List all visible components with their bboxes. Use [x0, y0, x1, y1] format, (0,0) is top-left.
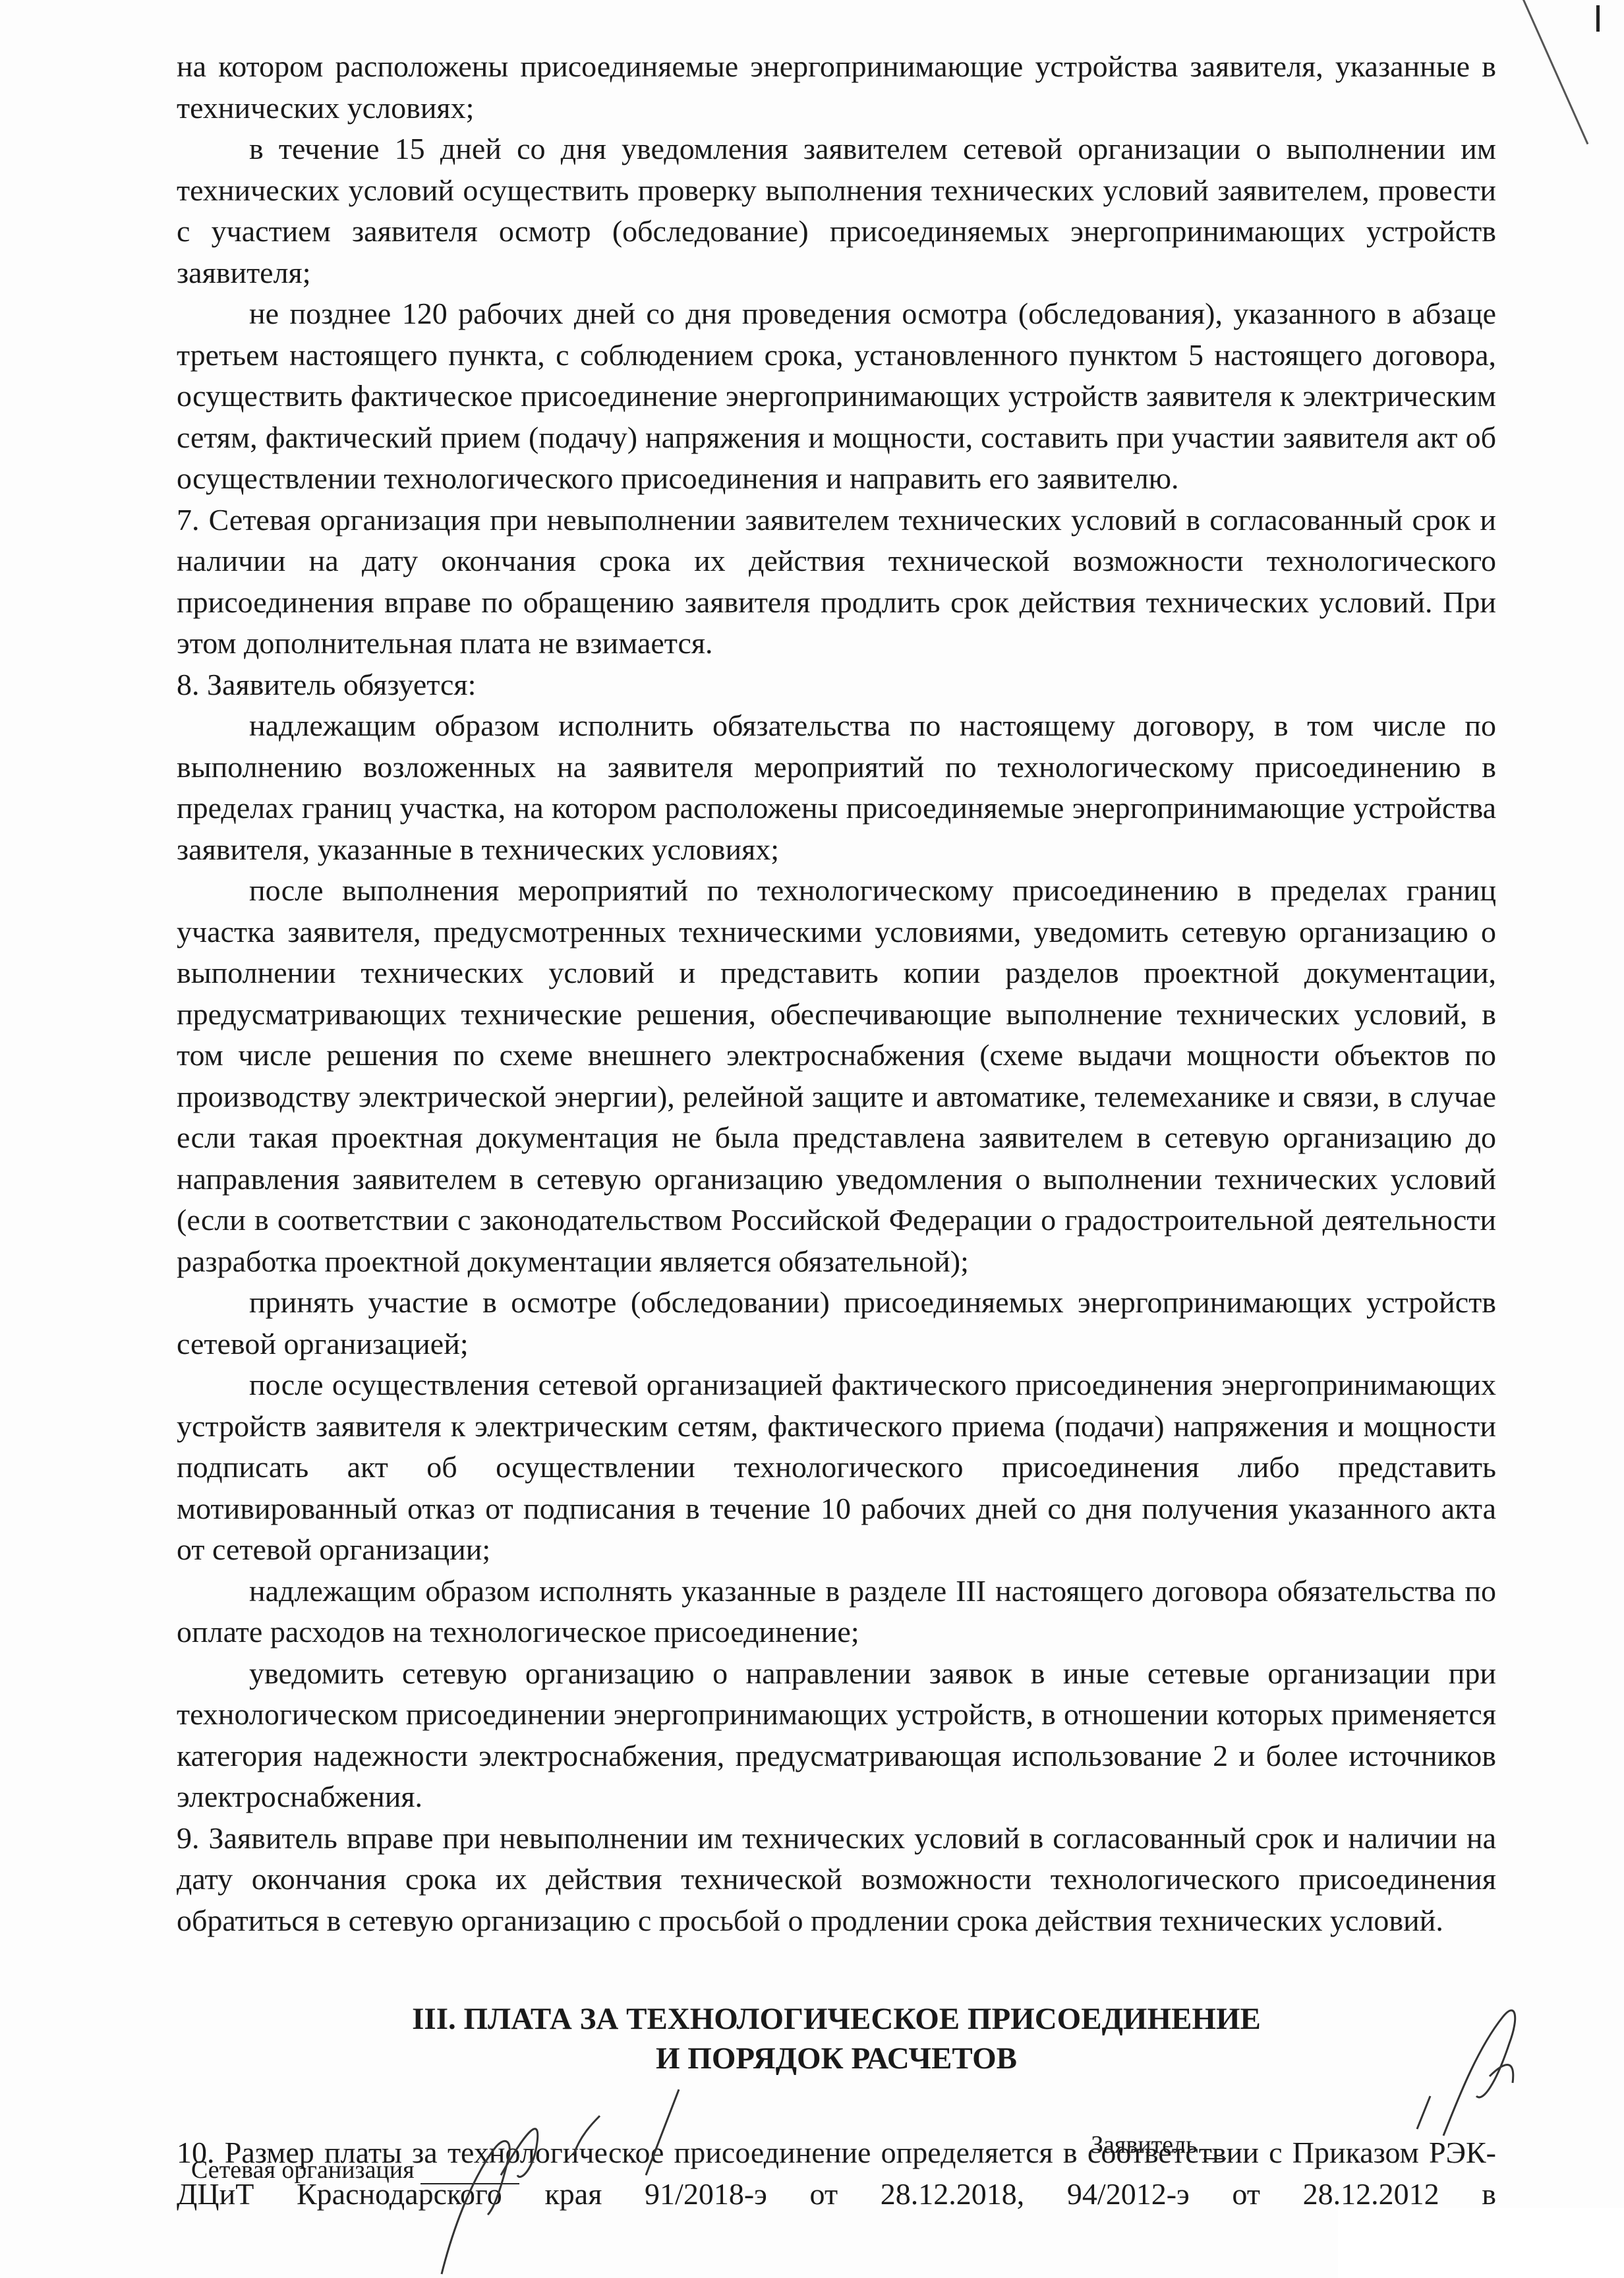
- network-org-label: Сетевая организация: [191, 2156, 415, 2184]
- applicant-signature-line: [1203, 2158, 1226, 2159]
- section-heading-line-2: И ПОРЯДОК РАСЧЕТОВ: [177, 2039, 1496, 2078]
- clause-7: 7. Сетевая организация при невыполнении …: [177, 500, 1496, 664]
- paragraph-continuation: на котором расположены присоединяемые эн…: [177, 46, 1496, 129]
- clause-8-obligation-5: надлежащим образом исполнять указанные в…: [177, 1571, 1496, 1653]
- clause-9: 9. Заявитель вправе при невыполнении им …: [177, 1818, 1496, 1942]
- page-edge-mark: [1596, 5, 1600, 32]
- paragraph-inspection: в течение 15 дней со дня уведомления зая…: [177, 129, 1496, 293]
- clause-10-initials-scribble: [1404, 1991, 1536, 2142]
- document-body: на котором расположены присоединяемые эн…: [177, 46, 1496, 2215]
- clause-8-obligation-1: надлежащим образом исполнить обязательст…: [177, 705, 1496, 870]
- section-heading-line-1: III. ПЛАТА ЗА ТЕХНОЛОГИЧЕСКОЕ ПРИСОЕДИНЕ…: [177, 1999, 1496, 2039]
- document-page: на котором расположены присоединяемые эн…: [0, 0, 1624, 2278]
- clause-8-obligation-3: принять участие в осмотре (обследовании)…: [177, 1282, 1496, 1364]
- clause-8-obligation-2: после выполнения мероприятий по технолог…: [177, 870, 1496, 1282]
- applicant-label: Заявитель: [1091, 2131, 1197, 2159]
- clause-8-heading: 8. Заявитель обязуется:: [177, 664, 1496, 706]
- applicant-signature: Заявитель: [1091, 2130, 1226, 2159]
- clause-8-obligation-4: после осуществления сетевой организацией…: [177, 1364, 1496, 1571]
- page-edge-line: [1522, 0, 1588, 144]
- signature-block: Сетевая организация Заявитель: [191, 2122, 1509, 2254]
- section-heading: III. ПЛАТА ЗА ТЕХНОЛОГИЧЕСКОЕ ПРИСОЕДИНЕ…: [177, 1999, 1496, 2078]
- paragraph-connection-deadline: не позднее 120 рабочих дней со дня прове…: [177, 293, 1496, 500]
- clause-8-obligation-6: уведомить сетевую организацию о направле…: [177, 1653, 1496, 1818]
- network-org-signature-scribble: [395, 2076, 738, 2278]
